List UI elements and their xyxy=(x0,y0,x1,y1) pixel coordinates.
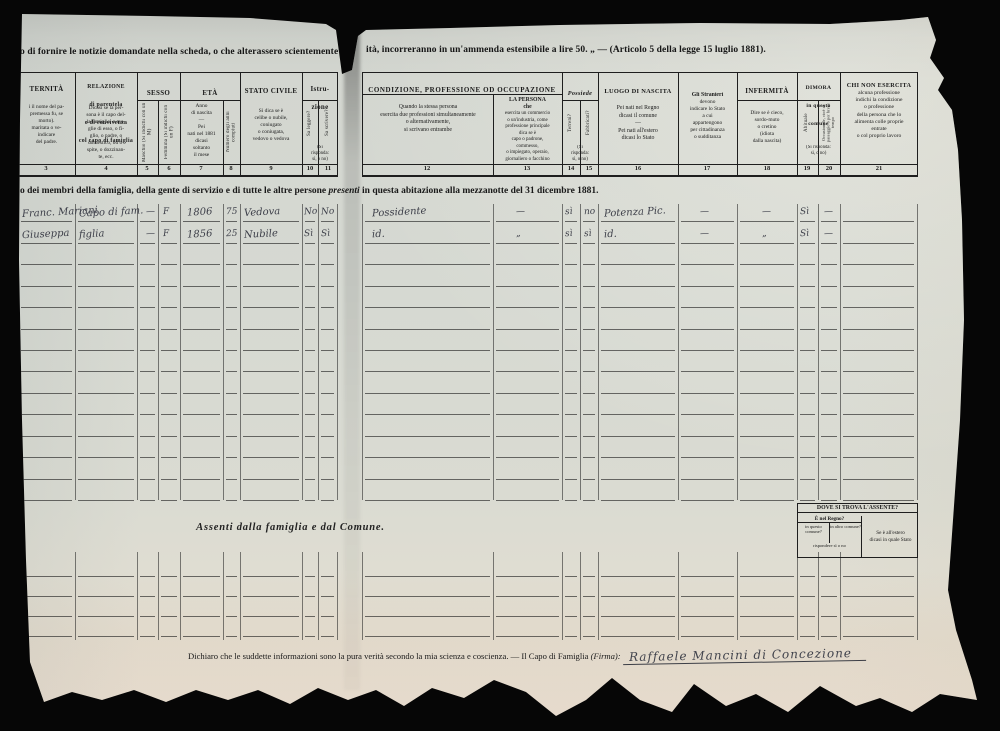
column-number: 7 xyxy=(199,165,202,172)
column-rule xyxy=(818,204,819,500)
row-rule xyxy=(243,264,299,265)
row-rule xyxy=(821,286,837,287)
row-rule xyxy=(565,264,577,265)
row-rule xyxy=(821,307,837,308)
handwritten-entry: Sì xyxy=(304,229,314,239)
row-rule xyxy=(601,616,675,617)
row-rule xyxy=(183,371,220,372)
row-rule xyxy=(681,264,734,265)
row-rule xyxy=(821,414,837,415)
row-rule xyxy=(681,393,734,394)
header-rule-vertical xyxy=(493,94,494,176)
row-rule xyxy=(321,479,334,480)
row-rule xyxy=(601,479,675,480)
row-rule xyxy=(305,596,315,597)
handwritten-entry: F xyxy=(163,229,170,239)
census-sheet-1881: o di fornire le notizie domandate nella … xyxy=(0,0,1000,731)
row-rule xyxy=(800,393,815,394)
row-rule xyxy=(226,596,237,597)
col-luogo-nascita-title: LUOGO DI NASCITA xyxy=(599,80,677,98)
row-rule xyxy=(583,307,595,308)
row-rule xyxy=(226,500,237,501)
row-rule xyxy=(565,221,577,222)
absent-answer-note: rispondere sì o no xyxy=(798,543,861,548)
row-rule xyxy=(740,436,794,437)
row-rule xyxy=(843,636,914,637)
row-rule xyxy=(496,414,559,415)
column-rule xyxy=(180,204,181,500)
row-rule xyxy=(161,264,177,265)
row-rule xyxy=(365,596,490,597)
row-rule xyxy=(821,636,837,637)
row-rule xyxy=(740,329,794,330)
row-rule xyxy=(78,500,134,501)
column-number: 16 xyxy=(635,165,642,172)
row-rule xyxy=(843,576,914,577)
row-rule xyxy=(365,221,490,222)
row-rule xyxy=(161,479,177,480)
istruzione-note: (Si risponda: sì, o no) xyxy=(302,145,338,162)
column-rule xyxy=(493,204,494,500)
row-rule xyxy=(843,500,914,501)
col-luogo-nascita-body: Pei nati nel Regno dicasi il comune — Pe… xyxy=(599,105,677,143)
row-rule xyxy=(161,576,177,577)
handwritten-entry: No xyxy=(304,207,318,218)
row-rule xyxy=(601,371,675,372)
group-eta-title: ETÀ xyxy=(180,82,240,100)
row-rule xyxy=(583,414,595,415)
col-la-persona: LA PERSONA che esercita un commercio o u… xyxy=(494,97,561,163)
row-rule xyxy=(583,393,595,394)
row-rule xyxy=(843,457,914,458)
handwritten-entry: 1856 xyxy=(187,228,213,240)
row-rule xyxy=(243,350,299,351)
column-number: 9 xyxy=(269,165,272,172)
column-number: 18 xyxy=(764,165,771,172)
row-rule xyxy=(365,329,490,330)
column-rule xyxy=(137,552,138,640)
row-rule xyxy=(821,393,837,394)
row-rule xyxy=(496,457,559,458)
row-rule xyxy=(183,329,220,330)
row-rule xyxy=(740,243,794,244)
handwritten-entry: id. xyxy=(372,229,385,241)
row-rule xyxy=(740,414,794,415)
row-rule xyxy=(305,576,315,577)
row-rule xyxy=(321,457,334,458)
row-rule xyxy=(21,500,72,501)
row-rule xyxy=(800,457,815,458)
group-sesso-title: SESSO xyxy=(137,82,180,100)
row-rule xyxy=(681,350,734,351)
header-rule-vertical xyxy=(598,72,599,176)
column-rule xyxy=(180,552,181,640)
column-number: 13 xyxy=(524,165,531,172)
row-rule xyxy=(21,243,72,244)
row-rule xyxy=(565,479,577,480)
handwritten-entry: Sì xyxy=(321,229,331,239)
row-rule xyxy=(800,371,815,372)
head-of-family-signature: Raffaele Mancini di Concezione xyxy=(623,646,866,665)
row-rule xyxy=(565,243,577,244)
column-rule xyxy=(75,552,76,640)
row-rule xyxy=(183,616,220,617)
row-rule xyxy=(843,616,914,617)
row-rule xyxy=(305,221,315,222)
row-rule xyxy=(800,264,815,265)
header-rule-vertical xyxy=(840,72,841,176)
row-rule xyxy=(321,350,334,351)
row-rule xyxy=(565,286,577,287)
row-rule xyxy=(843,350,914,351)
row-rule xyxy=(583,616,595,617)
row-rule xyxy=(226,479,237,480)
row-rule xyxy=(843,329,914,330)
row-rule xyxy=(583,636,595,637)
col-infermita-title: INFERMITÀ xyxy=(738,80,796,98)
column-rule xyxy=(797,552,798,640)
header-rule-vertical xyxy=(180,72,181,176)
row-rule xyxy=(565,457,577,458)
absent-section-heading: Assenti dalla famiglia e dal Comune. xyxy=(183,522,398,533)
column-rule xyxy=(818,552,819,640)
row-rule xyxy=(681,500,734,501)
row-rule xyxy=(226,243,237,244)
col-sa-leggere-vertical: Sa leggere? xyxy=(303,102,317,144)
row-rule xyxy=(601,329,675,330)
row-rule xyxy=(78,307,134,308)
row-rule xyxy=(78,350,134,351)
row-rule xyxy=(681,371,734,372)
row-rule xyxy=(78,457,134,458)
column-rule xyxy=(362,204,363,500)
row-rule xyxy=(321,636,334,637)
column-rule xyxy=(917,204,918,500)
row-rule xyxy=(226,221,237,222)
row-rule xyxy=(800,329,815,330)
row-rule xyxy=(161,350,177,351)
row-rule xyxy=(305,393,315,394)
row-rule xyxy=(161,616,177,617)
row-rule xyxy=(183,500,220,501)
header-rule-vertical xyxy=(302,72,303,176)
row-rule xyxy=(496,479,559,480)
row-rule xyxy=(583,479,595,480)
row-rule xyxy=(305,414,315,415)
col-stranieri: Gli Stranieri devono indicare lo Stato a… xyxy=(679,92,736,141)
row-rule xyxy=(21,596,72,597)
handwritten-entry: — xyxy=(824,207,834,217)
row-rule xyxy=(321,500,334,501)
column-rule xyxy=(562,552,563,640)
row-rule xyxy=(565,500,577,501)
row-rule xyxy=(321,329,334,330)
row-rule xyxy=(565,636,577,637)
absent-location-box: DOVE SI TROVA L'ASSENTE? È nel Regno? in… xyxy=(797,503,918,558)
row-rule xyxy=(821,479,837,480)
column-rule xyxy=(240,204,241,500)
row-rule xyxy=(496,371,559,372)
row-rule xyxy=(305,636,315,637)
handwritten-entry: — xyxy=(700,207,710,217)
row-rule xyxy=(161,329,177,330)
row-rule xyxy=(601,221,675,222)
row-rule xyxy=(821,616,837,617)
fold-crease xyxy=(344,30,360,690)
row-rule xyxy=(21,350,72,351)
row-rule xyxy=(78,616,134,617)
row-rule xyxy=(681,286,734,287)
column-rule xyxy=(580,204,581,500)
row-rule xyxy=(496,350,559,351)
row-rule xyxy=(365,371,490,372)
row-rule xyxy=(740,286,794,287)
row-rule xyxy=(183,436,220,437)
column-rule xyxy=(337,204,338,500)
column-rule xyxy=(223,204,224,500)
row-rule xyxy=(681,596,734,597)
row-rule xyxy=(565,616,577,617)
row-rule xyxy=(140,457,155,458)
column-rule xyxy=(840,552,841,640)
row-rule xyxy=(140,414,155,415)
handwritten-entry: — xyxy=(146,207,156,217)
handwritten-entry: — xyxy=(762,207,772,217)
col-chi-non-esercita: CHI NON ESERCITA alcuna professione indi… xyxy=(841,82,917,141)
row-rule xyxy=(321,307,334,308)
row-rule xyxy=(583,264,595,265)
row-rule xyxy=(740,393,794,394)
row-rule xyxy=(21,221,72,222)
handwritten-entry: sì xyxy=(584,229,592,239)
column-number: 5 xyxy=(145,165,148,172)
row-rule xyxy=(226,393,237,394)
header-rule xyxy=(18,175,338,177)
column-number: 12 xyxy=(424,165,431,172)
row-rule xyxy=(21,616,72,617)
handwritten-entry: no xyxy=(584,207,596,218)
row-rule xyxy=(681,436,734,437)
row-rule xyxy=(740,457,794,458)
row-rule xyxy=(305,350,315,351)
row-rule xyxy=(583,457,595,458)
row-rule xyxy=(78,243,134,244)
row-rule xyxy=(583,221,595,222)
row-rule xyxy=(821,329,837,330)
absent-abroad: Se è all'estero dicasi in quale Stato xyxy=(862,516,919,558)
row-rule xyxy=(140,286,155,287)
row-rule xyxy=(21,329,72,330)
row-rule xyxy=(140,596,155,597)
col-infermita-body: Dire se è cieco, sordo-muto o cretino (i… xyxy=(738,110,796,145)
row-rule xyxy=(305,457,315,458)
row-rule xyxy=(365,436,490,437)
row-rule xyxy=(800,479,815,480)
scanner-background: o di fornire le notizie domandate nella … xyxy=(0,0,1000,731)
column-number: 10 xyxy=(307,165,314,172)
row-rule xyxy=(183,286,220,287)
absent-box-regno: È nel Regno? in questo comune? in altro … xyxy=(798,516,862,558)
row-rule xyxy=(140,350,155,351)
row-rule xyxy=(321,436,334,437)
row-rule xyxy=(78,576,134,577)
row-rule xyxy=(243,286,299,287)
row-rule xyxy=(305,243,315,244)
header-rule-vertical xyxy=(158,100,159,176)
row-rule xyxy=(821,350,837,351)
row-rule xyxy=(740,479,794,480)
header-rule xyxy=(362,175,918,177)
top-warning-right: ità, incorreranno in un'ammenda estensib… xyxy=(366,45,766,55)
row-rule xyxy=(601,436,675,437)
row-rule xyxy=(740,616,794,617)
row-rule xyxy=(821,576,837,577)
row-rule xyxy=(243,636,299,637)
row-rule xyxy=(243,479,299,480)
row-rule xyxy=(583,436,595,437)
column-number: 19 xyxy=(804,165,811,172)
row-rule xyxy=(243,457,299,458)
row-rule xyxy=(565,414,577,415)
row-rule xyxy=(226,576,237,577)
row-rule xyxy=(565,307,577,308)
row-rule xyxy=(496,329,559,330)
handwritten-entry: Sì xyxy=(800,229,810,239)
header-rule xyxy=(18,164,338,165)
row-rule xyxy=(243,243,299,244)
row-rule xyxy=(601,307,675,308)
column-number: 11 xyxy=(325,165,331,172)
row-rule xyxy=(800,500,815,501)
row-rule xyxy=(305,371,315,372)
header-rule-vertical xyxy=(797,72,798,176)
column-rule xyxy=(137,204,138,500)
row-rule xyxy=(78,286,134,287)
row-rule xyxy=(161,636,177,637)
row-rule xyxy=(800,436,815,437)
column-rule xyxy=(240,552,241,640)
column-rule xyxy=(737,552,738,640)
row-rule xyxy=(140,329,155,330)
row-rule xyxy=(740,500,794,501)
column-rule xyxy=(158,552,159,640)
column-rule xyxy=(362,552,363,640)
row-rule xyxy=(601,636,675,637)
row-rule xyxy=(183,243,220,244)
column-rule xyxy=(917,552,918,640)
row-rule xyxy=(565,350,577,351)
col-due-professioni-body: Quando la stessa persona esercita due pr… xyxy=(366,104,490,134)
row-rule xyxy=(843,414,914,415)
handwritten-entry: No xyxy=(321,207,335,218)
row-rule xyxy=(681,243,734,244)
handwritten-entry: 1806 xyxy=(187,206,213,218)
header-rule-vertical xyxy=(318,100,319,176)
row-rule xyxy=(183,414,220,415)
column-rule xyxy=(678,552,679,640)
row-rule xyxy=(21,479,72,480)
row-rule xyxy=(78,221,134,222)
handwritten-entry: sì xyxy=(565,207,573,217)
handwritten-entry: 75 xyxy=(226,207,238,218)
row-rule xyxy=(183,264,220,265)
row-rule xyxy=(565,393,577,394)
row-rule xyxy=(365,264,490,265)
row-rule xyxy=(21,636,72,637)
header-rule-vertical xyxy=(240,72,241,176)
row-rule xyxy=(496,436,559,437)
row-rule xyxy=(681,636,734,637)
row-rule xyxy=(365,457,490,458)
row-rule xyxy=(243,596,299,597)
row-rule xyxy=(140,616,155,617)
row-rule xyxy=(161,286,177,287)
row-rule xyxy=(21,393,72,394)
row-rule xyxy=(140,500,155,501)
row-rule xyxy=(601,414,675,415)
row-rule xyxy=(243,221,299,222)
row-rule xyxy=(21,414,72,415)
absent-this-comune: in questo comune? xyxy=(798,523,830,543)
row-rule xyxy=(321,576,334,577)
row-rule xyxy=(583,371,595,372)
row-rule xyxy=(321,616,334,617)
row-rule xyxy=(140,243,155,244)
row-rule xyxy=(681,576,734,577)
col-stato-civile-title: STATO CIVILE xyxy=(241,80,301,98)
row-rule xyxy=(161,243,177,244)
handwritten-entry: Sì xyxy=(800,207,810,217)
absent-other-comune: in altro comune? xyxy=(830,523,861,543)
row-rule xyxy=(565,436,577,437)
row-rule xyxy=(583,243,595,244)
row-rule xyxy=(305,436,315,437)
row-rule xyxy=(21,286,72,287)
row-rule xyxy=(243,436,299,437)
row-rule xyxy=(800,414,815,415)
row-rule xyxy=(78,414,134,415)
column-rule xyxy=(223,552,224,640)
col-occasionale-vertical: Occasionale, cioè di passaggio o per bre… xyxy=(819,102,839,144)
row-rule xyxy=(821,371,837,372)
row-rule xyxy=(565,576,577,577)
row-rule xyxy=(681,221,734,222)
row-rule xyxy=(800,221,815,222)
handwritten-entry: figlia xyxy=(79,228,105,240)
row-rule xyxy=(821,500,837,501)
row-rule xyxy=(496,596,559,597)
column-number: 14 xyxy=(568,165,575,172)
row-rule xyxy=(565,596,577,597)
row-rule xyxy=(583,329,595,330)
row-rule xyxy=(321,221,334,222)
row-rule xyxy=(226,286,237,287)
row-rule xyxy=(78,596,134,597)
row-rule xyxy=(843,479,914,480)
row-rule xyxy=(140,636,155,637)
row-rule xyxy=(601,393,675,394)
row-rule xyxy=(601,243,675,244)
row-rule xyxy=(21,436,72,437)
row-rule xyxy=(243,371,299,372)
row-rule xyxy=(321,243,334,244)
col-relazione-body: Dicasi se la per- sona è il capo del- la… xyxy=(76,105,136,161)
row-rule xyxy=(365,500,490,501)
row-rule xyxy=(496,221,559,222)
row-rule xyxy=(21,371,72,372)
header-rule-vertical xyxy=(137,72,138,176)
row-rule xyxy=(365,243,490,244)
